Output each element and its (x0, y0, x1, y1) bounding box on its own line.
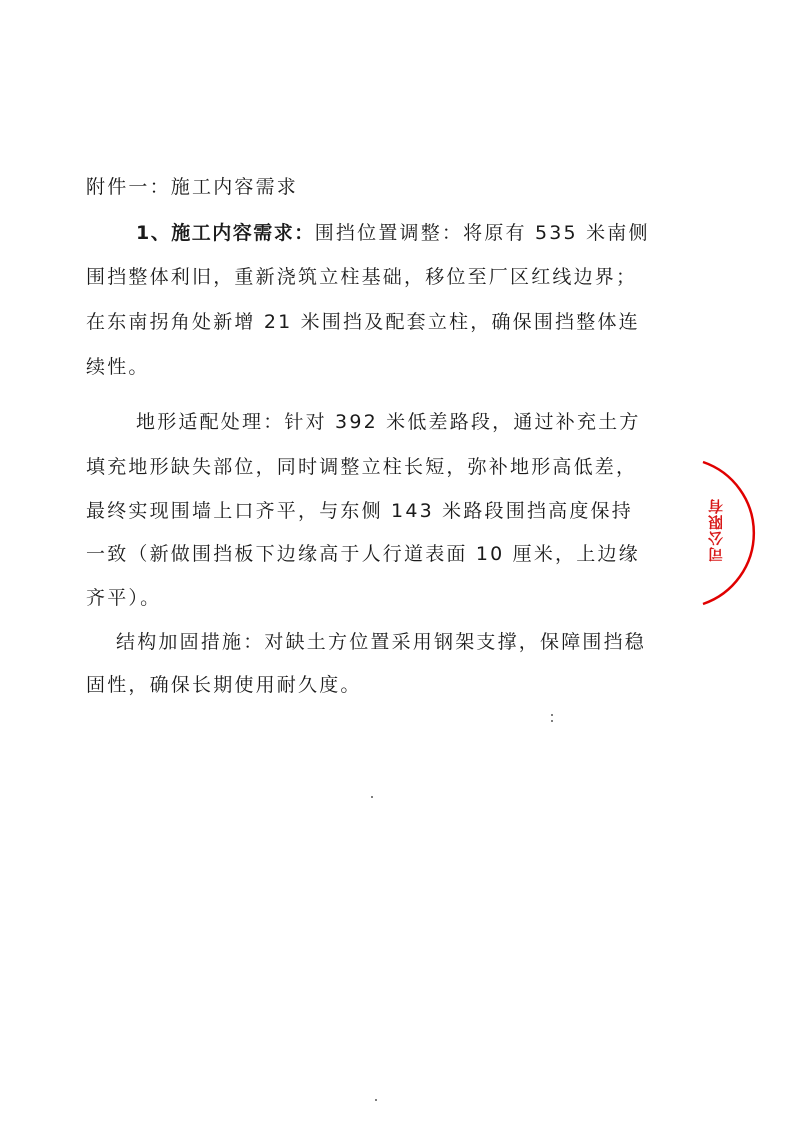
reinforcement-line2-text: 固性，确保长期使用耐久度。 (86, 674, 362, 696)
section1-label: 1、施工内容需求： (136, 222, 315, 244)
terrain-line4-text: 一致（新做围挡板下边缘高于人行道表面 10 厘米，上边缘 (86, 543, 640, 565)
seal-text: 司公限有 (705, 498, 726, 562)
terrain-line1: 地形适配处理：针对 392 米低差路段，通过补充土方 (136, 410, 641, 434)
scan-speck (375, 1099, 377, 1101)
section1-line2-text: 围挡整体利旧，重新浇筑立柱基础，移位至厂区红线边界； (86, 266, 637, 288)
terrain-line3: 最终实现围墙上口齐平，与东侧 143 米路段围挡高度保持 (86, 499, 633, 523)
terrain-line2-text: 填充地形缺失部位，同时调整立柱长短，弥补地形高低差， (86, 456, 637, 478)
terrain-line3-text: 最终实现围墙上口齐平，与东侧 143 米路段围挡高度保持 (86, 500, 633, 522)
section1-line4-text: 续性。 (86, 356, 150, 378)
scan-speck (371, 796, 373, 798)
attachment-title-text: 附件一：施工内容需求 (86, 176, 298, 198)
reinforcement-line1: 结构加固措施：对缺土方位置采用钢架支撑，保障围挡稳 (116, 630, 646, 654)
terrain-line5-text: 齐平）。 (86, 587, 161, 609)
section1-line1: 1、施工内容需求：围挡位置调整：将原有 535 米南侧 (136, 221, 650, 245)
terrain-line2: 填充地形缺失部位，同时调整立柱长短，弥补地形高低差， (86, 455, 637, 479)
section1-line3: 在东南拐角处新增 21 米围挡及配套立柱，确保围挡整体连 (86, 310, 640, 334)
terrain-line4: 一致（新做围挡板下边缘高于人行道表面 10 厘米，上边缘 (86, 542, 640, 566)
reinforcement-line1-text: 结构加固措施：对缺土方位置采用钢架支撑，保障围挡稳 (116, 631, 646, 653)
document-page: 附件一：施工内容需求 1、施工内容需求：围挡位置调整：将原有 535 米南侧 围… (0, 0, 793, 1122)
section1-line1-text: 围挡位置调整：将原有 535 米南侧 (315, 222, 650, 244)
section1-line3-text: 在东南拐角处新增 21 米围挡及配套立柱，确保围挡整体连 (86, 311, 640, 333)
section1-line2: 围挡整体利旧，重新浇筑立柱基础，移位至厂区红线边界； (86, 265, 637, 289)
attachment-title: 附件一：施工内容需求 (86, 175, 298, 199)
scan-speck (551, 720, 553, 722)
scan-speck (551, 714, 553, 716)
section1-line4: 续性。 (86, 355, 150, 379)
reinforcement-line2: 固性，确保长期使用耐久度。 (86, 673, 362, 697)
terrain-line5: 齐平）。 (86, 586, 161, 610)
terrain-line1-text: 地形适配处理：针对 392 米低差路段，通过补充土方 (136, 411, 641, 433)
